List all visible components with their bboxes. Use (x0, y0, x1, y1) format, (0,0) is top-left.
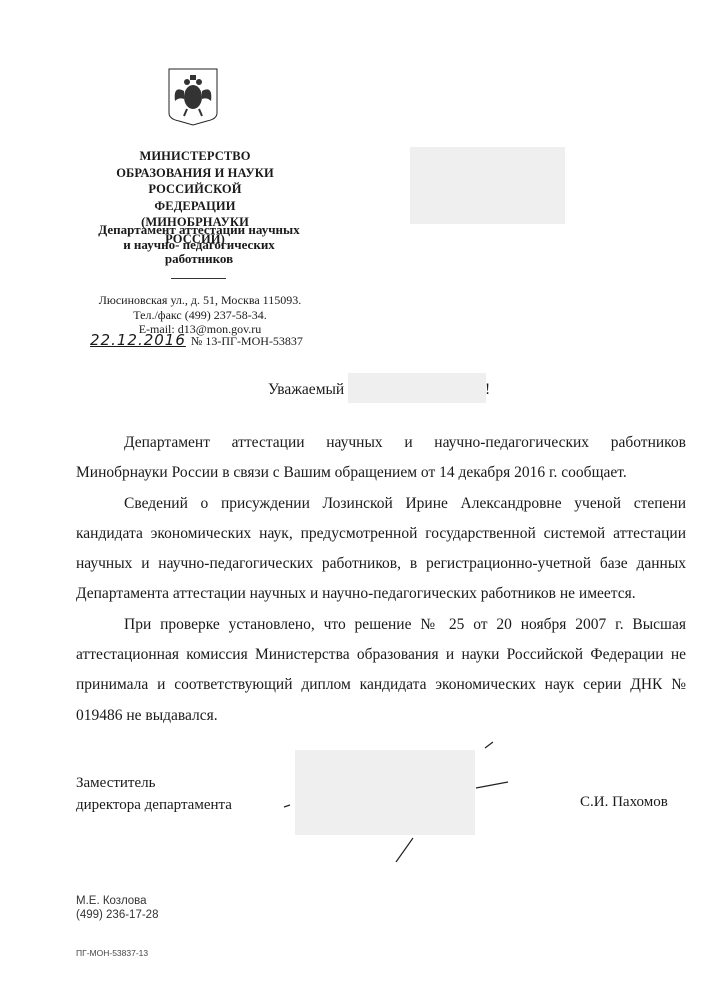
phone: Тел./факс (499) 237-58-34. (90, 308, 310, 323)
salutation: Уважаемый (268, 381, 344, 399)
redacted-recipient-name (348, 373, 486, 403)
divider (171, 278, 226, 279)
executor-phone: (499) 236-17-28 (76, 909, 158, 923)
department-line: Департамент аттестации научных (86, 223, 312, 238)
department-line: и научно- педагогических (86, 238, 312, 253)
redacted-recipient-address (410, 147, 565, 224)
handwritten-date: 22.12.2016 (90, 331, 186, 349)
salutation-end: ! (485, 381, 490, 399)
address: Люсиновская ул., д. 51, Москва 115093. (90, 293, 310, 308)
signatory-name: С.И. Пахомов (580, 794, 668, 811)
signature-strokes-icon (280, 740, 540, 870)
department-line: работников (86, 252, 312, 267)
body-paragraph: Сведений о присуждении Лозинской Ирине А… (76, 489, 686, 610)
signatory-title: Заместитель директора департамента (76, 772, 232, 816)
executor-name: М.Е. Козлова (76, 895, 158, 909)
signatory-title-line: директора департамента (76, 794, 232, 816)
signatory-title-line: Заместитель (76, 772, 232, 794)
ministry-line: РОССИЙСКОЙ ФЕДЕРАЦИИ (110, 181, 280, 214)
ministry-line: ОБРАЗОВАНИЯ И НАУКИ (110, 165, 280, 182)
address-block: Люсиновская ул., д. 51, Москва 115093. Т… (90, 293, 310, 337)
reference-number: № 13-ПГ-МОН-53837 (191, 334, 303, 348)
ministry-line: МИНИСТЕРСТВО (110, 148, 280, 165)
body-paragraph: Департамент аттестации научных и научно-… (76, 428, 686, 489)
executor-block: М.Е. Козлова (499) 236-17-28 (76, 895, 158, 922)
coat-of-arms-icon (167, 67, 219, 129)
document-code: ПГ-МОН-53837-13 (76, 948, 148, 958)
letter-body: Департамент аттестации научных и научно-… (76, 428, 686, 731)
department-heading: Департамент аттестации научных и научно-… (86, 223, 312, 267)
body-paragraph: При проверке установлено, что решение № … (76, 610, 686, 731)
date-reference-line: 22.12.2016 № 13-ПГ-МОН-53837 (90, 331, 303, 349)
